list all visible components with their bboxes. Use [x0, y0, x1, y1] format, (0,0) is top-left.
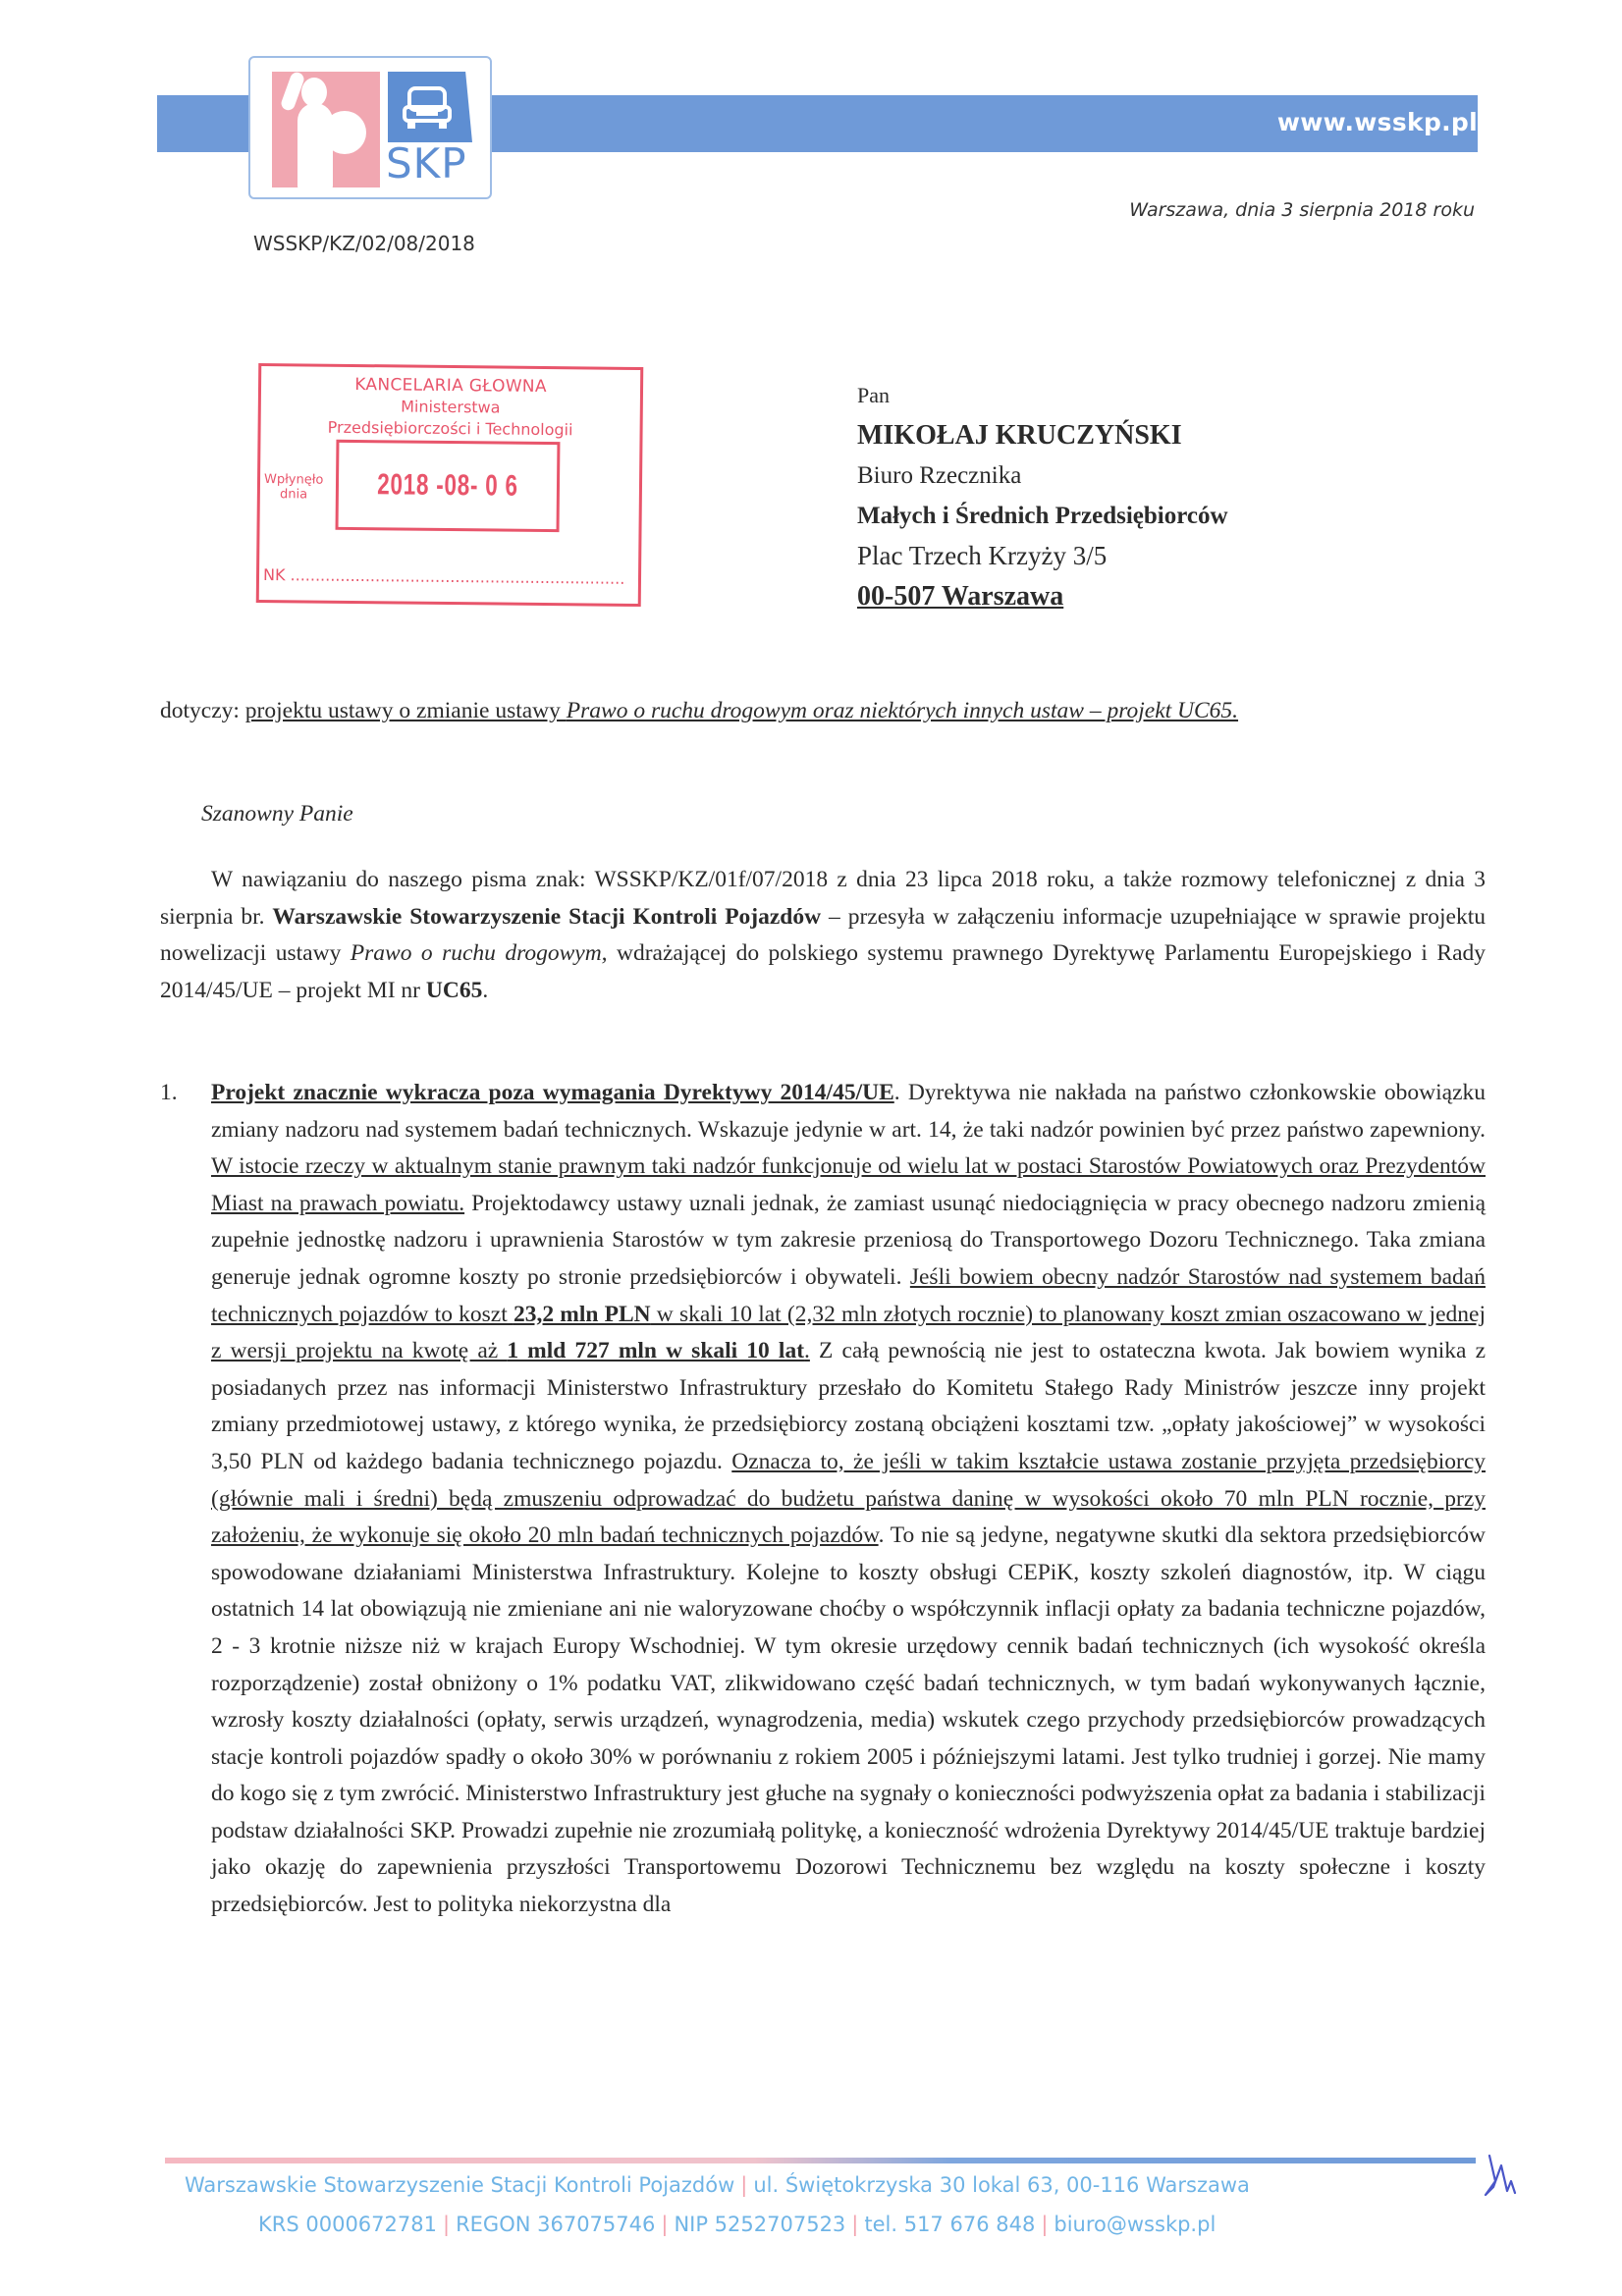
footer-address: ul. Świętokrzyska 30 lokal 63, 00-116 Wa… [753, 2173, 1250, 2197]
addressee-office-2: Małych i Średnich Przedsiębiorców [857, 496, 1228, 536]
website-url: www.wsskp.pl [1277, 108, 1478, 136]
addressee-office: Biuro Rzecznika [857, 455, 1228, 496]
stamp-office: KANCELARIA GŁOWNA [261, 374, 640, 398]
footer-email: biuro@wsskp.pl [1054, 2213, 1216, 2236]
subject-line: dotyczy: projektu ustawy o zmianie ustaw… [160, 698, 1495, 724]
stamp-nk: NK .....................................… [263, 565, 626, 588]
footer-line-1: Warszawskie Stowarzyszenie Stacji Kontro… [185, 2173, 1250, 2197]
stamp-received-label: Wpłynęłodnia [264, 472, 324, 503]
footer-phone: tel. 517 676 848 [864, 2213, 1035, 2236]
car-icon [388, 72, 472, 142]
addressee-salutation: Pan [857, 375, 1228, 415]
received-stamp: KANCELARIA GŁOWNA Ministerstwa Przedsięb… [256, 363, 644, 607]
point-1-heading: Projekt znacznie wykracza poza wymagania… [211, 1080, 894, 1105]
footer-line-2: KRS 0000672781|REGON 367075746|NIP 52527… [258, 2213, 1216, 2236]
skp-logo: SKP [248, 56, 492, 199]
footer-nip: NIP 5252707523 [674, 2213, 845, 2236]
stamp-ministry-name: Przedsiębiorczości i Technologii [261, 417, 640, 440]
intro-paragraph: W nawiązaniu do naszego pisma znak: WSSK… [160, 862, 1486, 1009]
reference-number: WSSKP/KZ/02/08/2018 [253, 232, 475, 255]
stamp-date-box: 2018 -08- 0 6 [336, 440, 561, 532]
point-number: 1. [160, 1075, 178, 1112]
addressee-street: Plac Trzech Krzyży 3/5 [857, 536, 1228, 576]
logo-figure-icon [272, 72, 380, 187]
footer-regon: REGON 367075746 [456, 2213, 655, 2236]
footer-krs: KRS 0000672781 [258, 2213, 437, 2236]
footer-divider [165, 2158, 1476, 2163]
point-1-text: Projekt znacznie wykracza poza wymagania… [211, 1075, 1486, 1924]
footer-org: Warszawskie Stowarzyszenie Stacji Kontro… [185, 2173, 734, 2197]
initials-signature-icon [1478, 2152, 1527, 2201]
logo-text: SKP [386, 140, 467, 187]
addressee-block: Pan MIKOŁAJ KRUCZYŃSKI Biuro Rzecznika M… [857, 375, 1228, 616]
addressee-name: MIKOŁAJ KRUCZYŃSKI [857, 415, 1228, 455]
subject-text: projektu ustawy o zmianie ustawy Prawo o… [245, 698, 1238, 723]
addressee-city: 00-507 Warszawa [857, 576, 1228, 616]
stamp-date: 2018 -08- 0 6 [366, 468, 530, 504]
stamp-ministry: Ministerstwa [261, 396, 640, 418]
place-date: Warszawa, dnia 3 sierpnia 2018 roku [1129, 199, 1475, 221]
greeting: Szanowny Panie [201, 801, 353, 828]
subject-label: dotyczy: [160, 698, 240, 723]
